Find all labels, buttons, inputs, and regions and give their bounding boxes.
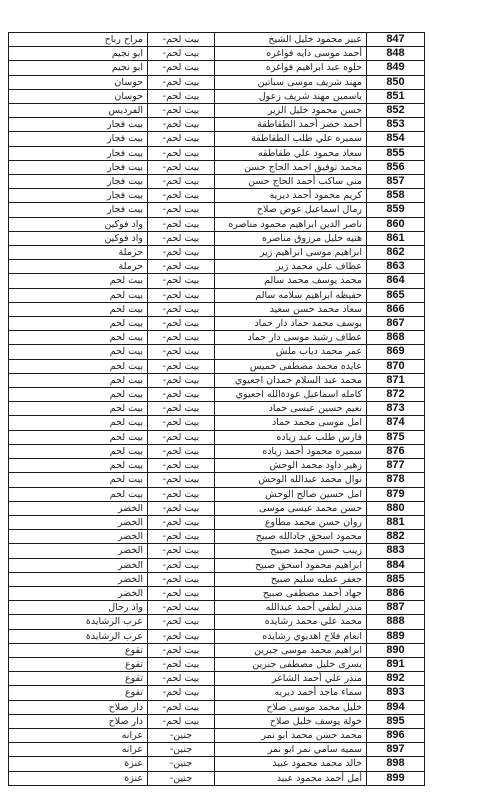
name-cell: يوسف محمد حماد دار حماد — [215, 317, 367, 331]
name-cell: محمد علي محمد رشايده — [215, 615, 367, 629]
governorate-cell: بيت لحم- — [148, 402, 215, 416]
governorate-cell: بيت لحم- — [148, 104, 215, 118]
region-cell: عرب الرشايدة — [9, 615, 148, 629]
number-cell: 889 — [367, 629, 425, 643]
region-cell: مراح رباح — [9, 33, 148, 47]
name-cell: أمل أحمد محمود عبيد — [215, 771, 367, 785]
number-cell: 875 — [367, 430, 425, 444]
region-cell: الفرديس — [9, 104, 148, 118]
region-cell: الخضر — [9, 586, 148, 600]
number-cell: 882 — [367, 530, 425, 544]
governorate-cell: بيت لحم- — [148, 132, 215, 146]
number-cell: 879 — [367, 487, 425, 501]
governorate-cell: بيت لحم- — [148, 118, 215, 132]
number-cell: 872 — [367, 388, 425, 402]
table-row: بيت لحمبيت لحم-زهير داود محمد الوحش877 — [9, 459, 425, 473]
governorate-cell: بيت لحم- — [148, 217, 215, 231]
number-cell: 847 — [367, 33, 425, 47]
name-cell: عطاف رشيد موسى دار حماد — [215, 331, 367, 345]
name-cell: محمد عبد السلام حمدان اجعيوي — [215, 373, 367, 387]
number-cell: 868 — [367, 331, 425, 345]
number-cell: 876 — [367, 444, 425, 458]
name-cell: عطاف علي محمد زير — [215, 260, 367, 274]
table-row: بيت لحمبيت لحم-محمد يوسف محمد سالم864 — [9, 274, 425, 288]
table-row: بيت لحمبيت لحم-يوسف محمد حماد دار حماد86… — [9, 317, 425, 331]
region-cell: ابو نجيم — [9, 61, 148, 75]
table-row: تقوعبيت لحم-يسرى خليل مصطفى جبرين891 — [9, 657, 425, 671]
governorate-cell: بيت لحم- — [148, 572, 215, 586]
table-row: بيت لحمبيت لحم-كامله اسماعيل عودةالله اج… — [9, 388, 425, 402]
table-row: بيت لحمبيت لحم-نوال محمد عبدالله الوحش87… — [9, 473, 425, 487]
governorate-cell: بيت لحم- — [148, 160, 215, 174]
table-row: بيت فجاربيت لحم-سميره علي طلب الطقاطقة85… — [9, 132, 425, 146]
name-cell: ابراهيم موسى ابراهيم زير — [215, 246, 367, 260]
governorate-cell: بيت لحم- — [148, 700, 215, 714]
region-cell: بيت لحم — [9, 331, 148, 345]
region-cell: بيت فجار — [9, 203, 148, 217]
number-cell: 898 — [367, 757, 425, 771]
name-cell: جعفر عطيه سليم صبيح — [215, 572, 367, 586]
number-cell: 886 — [367, 586, 425, 600]
name-cell: امل حسين صالح الوحش — [215, 487, 367, 501]
governorate-cell: بيت لحم- — [148, 487, 215, 501]
governorate-cell: بيت لحم- — [148, 416, 215, 430]
name-cell: أحمد موسى ذايه فواغره — [215, 47, 367, 61]
governorate-cell: بيت لحم- — [148, 331, 215, 345]
name-cell: نوال محمد عبدالله الوحش — [215, 473, 367, 487]
number-cell: 852 — [367, 104, 425, 118]
region-cell: واد فوكين — [9, 231, 148, 245]
table-row: واد فوكينبيت لحم-هنيه خليل مرزوق مناصره8… — [9, 231, 425, 245]
region-cell: بيت لحم — [9, 402, 148, 416]
region-cell: الخضر — [9, 558, 148, 572]
governorate-cell: بيت لحم- — [148, 373, 215, 387]
table-row: بيت لحمبيت لحم-امل حسين صالح الوحش879 — [9, 487, 425, 501]
governorate-cell: بيت لحم- — [148, 246, 215, 260]
table-row: عنزةجنين-خالد محمد محمود عبيد898 — [9, 757, 425, 771]
region-cell: بيت لحم — [9, 288, 148, 302]
table-row: دار صلاحبيت لحم-خولة يوسف خليل صلاح895 — [9, 714, 425, 728]
governorate-cell: بيت لحم- — [148, 686, 215, 700]
governorate-cell: بيت لحم- — [148, 61, 215, 75]
region-cell: حوسان — [9, 89, 148, 103]
table-row: ابو نجيمبيت لحم-حلوه عبد ابراهيم فواغره8… — [9, 61, 425, 75]
governorate-cell: بيت لحم- — [148, 714, 215, 728]
number-cell: 856 — [367, 160, 425, 174]
governorate-cell: بيت لحم- — [148, 359, 215, 373]
name-cell: زهير داود محمد الوحش — [215, 459, 367, 473]
document-sheet: مراح رباحبيت لحم-عبير محمود خليل الشيخ84… — [8, 32, 424, 786]
number-cell: 890 — [367, 643, 425, 657]
table-row: عرب الرشايدةبيت لحم-انعام فلاح اهديوي رش… — [9, 629, 425, 643]
governorate-cell: بيت لحم- — [148, 501, 215, 515]
number-cell: 858 — [367, 189, 425, 203]
number-cell: 849 — [367, 61, 425, 75]
name-cell: أحمد خضر أحمد الطقاطقة — [215, 118, 367, 132]
table-row: عرب الرشايدةبيت لحم-محمد علي محمد رشايده… — [9, 615, 425, 629]
table-row: بيت لحمبيت لحم-سعاد محمد حسن سعيد866 — [9, 302, 425, 316]
number-cell: 883 — [367, 544, 425, 558]
region-cell: بيت لحم — [9, 359, 148, 373]
region-cell: تقوع — [9, 643, 148, 657]
region-cell: حرملة — [9, 246, 148, 260]
number-cell: 888 — [367, 615, 425, 629]
number-cell: 895 — [367, 714, 425, 728]
table-row: حوسانبيت لحم-ياسمين مهند شريف زعول851 — [9, 89, 425, 103]
governorate-cell: جنين- — [148, 728, 215, 742]
table-row: بيت فجاربيت لحم-رمال اسماعيل عوض صلاح859 — [9, 203, 425, 217]
name-cell: ابراهيم محمد موسى جبرين — [215, 643, 367, 657]
table-row: بيت فجاربيت لحم-منى ساكب أحمد الحاج حسن8… — [9, 175, 425, 189]
region-cell: بيت فجار — [9, 160, 148, 174]
table-row: دار صلاحبيت لحم-خليل محمد موسى صلاح894 — [9, 700, 425, 714]
number-cell: 874 — [367, 416, 425, 430]
region-cell: بيت لحم — [9, 373, 148, 387]
number-cell: 899 — [367, 771, 425, 785]
region-cell: حوسان — [9, 75, 148, 89]
number-cell: 897 — [367, 743, 425, 757]
number-cell: 865 — [367, 288, 425, 302]
name-cell: يسرى خليل مصطفى جبرين — [215, 657, 367, 671]
table-row: مراح رباحبيت لحم-عبير محمود خليل الشيخ84… — [9, 33, 425, 47]
region-cell: بيت فجار — [9, 132, 148, 146]
name-cell: خولة يوسف خليل صلاح — [215, 714, 367, 728]
table-row: بيت لحمبيت لحم-حفيظه ابراهيم سلامه سالم8… — [9, 288, 425, 302]
table-row: بيت فجاربيت لحم-كريم محمود أحمد ديريه858 — [9, 189, 425, 203]
region-cell: عرانه — [9, 728, 148, 742]
number-cell: 892 — [367, 672, 425, 686]
name-cell: ناصر الدين ابراهيم محمود مناصره — [215, 217, 367, 231]
governorate-cell: بيت لحم- — [148, 672, 215, 686]
table-row: بيت لحمبيت لحم-عطاف رشيد موسى دار حماد86… — [9, 331, 425, 345]
name-cell: خليل محمد موسى صلاح — [215, 700, 367, 714]
number-cell: 870 — [367, 359, 425, 373]
governorate-cell: جنين- — [148, 757, 215, 771]
number-cell: 884 — [367, 558, 425, 572]
name-cell: روان حسن محمد مطاوع — [215, 515, 367, 529]
name-cell: مهند شريف موسى سباتين — [215, 75, 367, 89]
region-cell: عنزة — [9, 771, 148, 785]
table-row: بيت فجاربيت لحم-سعاد محمود علي طقاطقه855 — [9, 146, 425, 160]
name-cell: حسن محمود خليل الزير — [215, 104, 367, 118]
governorate-cell: بيت لحم- — [148, 317, 215, 331]
name-cell: فارس طلب عبد زياده — [215, 430, 367, 444]
governorate-cell: بيت لحم- — [148, 231, 215, 245]
number-cell: 885 — [367, 572, 425, 586]
region-cell: بيت فجار — [9, 146, 148, 160]
name-cell: منذر لطفي أحمد عبدالله — [215, 601, 367, 615]
region-cell: تقوع — [9, 672, 148, 686]
region-cell: بيت لحم — [9, 317, 148, 331]
name-cell: سميره علي طلب الطقاطقة — [215, 132, 367, 146]
name-cell: نعيم حسين عيسى حماد — [215, 402, 367, 416]
number-cell: 857 — [367, 175, 425, 189]
region-cell: الخضر — [9, 544, 148, 558]
number-cell: 848 — [367, 47, 425, 61]
number-cell: 862 — [367, 246, 425, 260]
name-cell: كامله اسماعيل عودةالله اجعيوي — [215, 388, 367, 402]
table-row: تقوعبيت لحم-ابراهيم محمد موسى جبرين890 — [9, 643, 425, 657]
governorate-cell: بيت لحم- — [148, 75, 215, 89]
region-cell: بيت لحم — [9, 388, 148, 402]
region-cell: واد رحال — [9, 601, 148, 615]
names-table: مراح رباحبيت لحم-عبير محمود خليل الشيخ84… — [8, 32, 425, 786]
name-cell: منذر علي أحمد الشاعر — [215, 672, 367, 686]
governorate-cell: بيت لحم- — [148, 146, 215, 160]
name-cell: سميه سامي نمر ابو نمر — [215, 743, 367, 757]
region-cell: الخضر — [9, 515, 148, 529]
table-row: بيت لحمبيت لحم-عمر محمد دياب ملش869 — [9, 345, 425, 359]
name-cell: سعاد محمد حسن سعيد — [215, 302, 367, 316]
name-cell: محمد توفيق احمد الحاج حسن — [215, 160, 367, 174]
governorate-cell: جنين- — [148, 771, 215, 785]
governorate-cell: بيت لحم- — [148, 473, 215, 487]
region-cell: بيت فجار — [9, 175, 148, 189]
governorate-cell: بيت لحم- — [148, 47, 215, 61]
table-row: بيت لحمبيت لحم-نعيم حسين عيسى حماد873 — [9, 402, 425, 416]
table-row: بيت فجاربيت لحم-أحمد خضر أحمد الطقاطقة85… — [9, 118, 425, 132]
table-row: الخضربيت لحم-ابراهيم محمود اسحق صبيح884 — [9, 558, 425, 572]
table-row: ابو نجيمبيت لحم-أحمد موسى ذايه فواغره848 — [9, 47, 425, 61]
name-cell: سميره محمود أحمد زياده — [215, 444, 367, 458]
name-cell: امل موسى محمد حماد — [215, 416, 367, 430]
name-cell: حفيظه ابراهيم سلامه سالم — [215, 288, 367, 302]
name-cell: عبير محمود خليل الشيخ — [215, 33, 367, 47]
governorate-cell: بيت لحم- — [148, 203, 215, 217]
name-cell: رمال اسماعيل عوض صلاح — [215, 203, 367, 217]
number-cell: 861 — [367, 231, 425, 245]
table-row: حوسانبيت لحم-مهند شريف موسى سباتين850 — [9, 75, 425, 89]
name-cell: عايده محمد مصطفى خميس — [215, 359, 367, 373]
table-row: واد فوكينبيت لحم-ناصر الدين ابراهيم محمو… — [9, 217, 425, 231]
name-cell: هنيه خليل مرزوق مناصره — [215, 231, 367, 245]
number-cell: 869 — [367, 345, 425, 359]
table-row: عرانهجنين-سميه سامي نمر ابو نمر897 — [9, 743, 425, 757]
region-cell: بيت لحم — [9, 487, 148, 501]
number-cell: 867 — [367, 317, 425, 331]
number-cell: 854 — [367, 132, 425, 146]
table-row: الفرديسبيت لحم-حسن محمود خليل الزير852 — [9, 104, 425, 118]
table-row: عرانهجنين-محمد حسن محمد ابو نمر896 — [9, 728, 425, 742]
governorate-cell: بيت لحم- — [148, 288, 215, 302]
region-cell: حرملة — [9, 260, 148, 274]
name-cell: جهاد أحمد مصطفى صبيح — [215, 586, 367, 600]
governorate-cell: بيت لحم- — [148, 430, 215, 444]
region-cell: واد فوكين — [9, 217, 148, 231]
name-cell: سماء ماجد أحمد ديريه — [215, 686, 367, 700]
number-cell: 871 — [367, 373, 425, 387]
governorate-cell: بيت لحم- — [148, 558, 215, 572]
governorate-cell: بيت لحم- — [148, 189, 215, 203]
table-row: حرملةبيت لحم-ابراهيم موسى ابراهيم زير862 — [9, 246, 425, 260]
region-cell: بيت لحم — [9, 416, 148, 430]
region-cell: بيت لحم — [9, 345, 148, 359]
governorate-cell: بيت لحم- — [148, 444, 215, 458]
number-cell: 863 — [367, 260, 425, 274]
number-cell: 850 — [367, 75, 425, 89]
table-row: تقوعبيت لحم-منذر علي أحمد الشاعر892 — [9, 672, 425, 686]
region-cell: بيت لحم — [9, 444, 148, 458]
region-cell: بيت فجار — [9, 189, 148, 203]
name-cell: انعام فلاح اهديوي رشايده — [215, 629, 367, 643]
name-cell: محمد حسن محمد ابو نمر — [215, 728, 367, 742]
table-row: الخضربيت لحم-روان حسن محمد مطاوع881 — [9, 515, 425, 529]
region-cell: الخضر — [9, 530, 148, 544]
governorate-cell: بيت لحم- — [148, 260, 215, 274]
name-cell: ابراهيم محمود اسحق صبيح — [215, 558, 367, 572]
name-cell: زينب حسن محمد صبيح — [215, 544, 367, 558]
region-cell: بيت لحم — [9, 473, 148, 487]
table-row: الخضربيت لحم-محمود اسحق جادالله صبيح882 — [9, 530, 425, 544]
number-cell: 859 — [367, 203, 425, 217]
governorate-cell: بيت لحم- — [148, 515, 215, 529]
region-cell: عرانه — [9, 743, 148, 757]
number-cell: 864 — [367, 274, 425, 288]
governorate-cell: بيت لحم- — [148, 345, 215, 359]
name-cell: ياسمين مهند شريف زعول — [215, 89, 367, 103]
number-cell: 860 — [367, 217, 425, 231]
table-row: عنزةجنين-أمل أحمد محمود عبيد899 — [9, 771, 425, 785]
name-cell: محمود اسحق جادالله صبيح — [215, 530, 367, 544]
number-cell: 893 — [367, 686, 425, 700]
region-cell: دار صلاح — [9, 714, 148, 728]
table-row: بيت لحمبيت لحم-محمد عبد السلام حمدان اجع… — [9, 373, 425, 387]
governorate-cell: بيت لحم- — [148, 586, 215, 600]
number-cell: 853 — [367, 118, 425, 132]
name-cell: سعاد محمود علي طقاطقه — [215, 146, 367, 160]
region-cell: الخضر — [9, 501, 148, 515]
governorate-cell: بيت لحم- — [148, 175, 215, 189]
governorate-cell: بيت لحم- — [148, 89, 215, 103]
region-cell: تقوع — [9, 657, 148, 671]
table-row: الخضربيت لحم-جهاد أحمد مصطفى صبيح886 — [9, 586, 425, 600]
number-cell: 855 — [367, 146, 425, 160]
table-row: واد رحالبيت لحم-منذر لطفي أحمد عبدالله88… — [9, 601, 425, 615]
governorate-cell: جنين- — [148, 743, 215, 757]
name-cell: حسن محمد عيسى موسى — [215, 501, 367, 515]
governorate-cell: بيت لحم- — [148, 643, 215, 657]
number-cell: 881 — [367, 515, 425, 529]
region-cell: دار صلاح — [9, 700, 148, 714]
region-cell: عرب الرشايدة — [9, 629, 148, 643]
governorate-cell: بيت لحم- — [148, 274, 215, 288]
number-cell: 878 — [367, 473, 425, 487]
governorate-cell: بيت لحم- — [148, 615, 215, 629]
name-cell: محمد يوسف محمد سالم — [215, 274, 367, 288]
governorate-cell: بيت لحم- — [148, 530, 215, 544]
region-cell: الخضر — [9, 572, 148, 586]
region-cell: بيت لحم — [9, 430, 148, 444]
table-row: بيت لحمبيت لحم-فارس طلب عبد زياده875 — [9, 430, 425, 444]
region-cell: بيت لحم — [9, 274, 148, 288]
governorate-cell: بيت لحم- — [148, 33, 215, 47]
number-cell: 851 — [367, 89, 425, 103]
region-cell: بيت لحم — [9, 459, 148, 473]
number-cell: 866 — [367, 302, 425, 316]
table-body: مراح رباحبيت لحم-عبير محمود خليل الشيخ84… — [9, 33, 425, 786]
governorate-cell: بيت لحم- — [148, 601, 215, 615]
number-cell: 880 — [367, 501, 425, 515]
number-cell: 891 — [367, 657, 425, 671]
region-cell: بيت لحم — [9, 302, 148, 316]
name-cell: حلوه عبد ابراهيم فواغره — [215, 61, 367, 75]
region-cell: بيت فجار — [9, 118, 148, 132]
table-row: الخضربيت لحم-حسن محمد عيسى موسى880 — [9, 501, 425, 515]
name-cell: منى ساكب أحمد الحاج حسن — [215, 175, 367, 189]
governorate-cell: بيت لحم- — [148, 459, 215, 473]
name-cell: عمر محمد دياب ملش — [215, 345, 367, 359]
table-row: بيت فجاربيت لحم-محمد توفيق احمد الحاج حس… — [9, 160, 425, 174]
table-row: حرملةبيت لحم-عطاف علي محمد زير863 — [9, 260, 425, 274]
name-cell: كريم محمود أحمد ديريه — [215, 189, 367, 203]
table-row: بيت لحمبيت لحم-سميره محمود أحمد زياده876 — [9, 444, 425, 458]
table-row: الخضربيت لحم-زينب حسن محمد صبيح883 — [9, 544, 425, 558]
table-row: الخضربيت لحم-جعفر عطيه سليم صبيح885 — [9, 572, 425, 586]
region-cell: عنزة — [9, 757, 148, 771]
region-cell: تقوع — [9, 686, 148, 700]
number-cell: 896 — [367, 728, 425, 742]
region-cell: ابو نجيم — [9, 47, 148, 61]
governorate-cell: بيت لحم- — [148, 629, 215, 643]
number-cell: 887 — [367, 601, 425, 615]
table-row: بيت لحمبيت لحم-عايده محمد مصطفى خميس870 — [9, 359, 425, 373]
governorate-cell: بيت لحم- — [148, 302, 215, 316]
table-row: بيت لحمبيت لحم-امل موسى محمد حماد874 — [9, 416, 425, 430]
number-cell: 877 — [367, 459, 425, 473]
table-row: تقوعبيت لحم-سماء ماجد أحمد ديريه893 — [9, 686, 425, 700]
number-cell: 873 — [367, 402, 425, 416]
governorate-cell: بيت لحم- — [148, 388, 215, 402]
governorate-cell: بيت لحم- — [148, 657, 215, 671]
name-cell: خالد محمد محمود عبيد — [215, 757, 367, 771]
governorate-cell: بيت لحم- — [148, 544, 215, 558]
number-cell: 894 — [367, 700, 425, 714]
